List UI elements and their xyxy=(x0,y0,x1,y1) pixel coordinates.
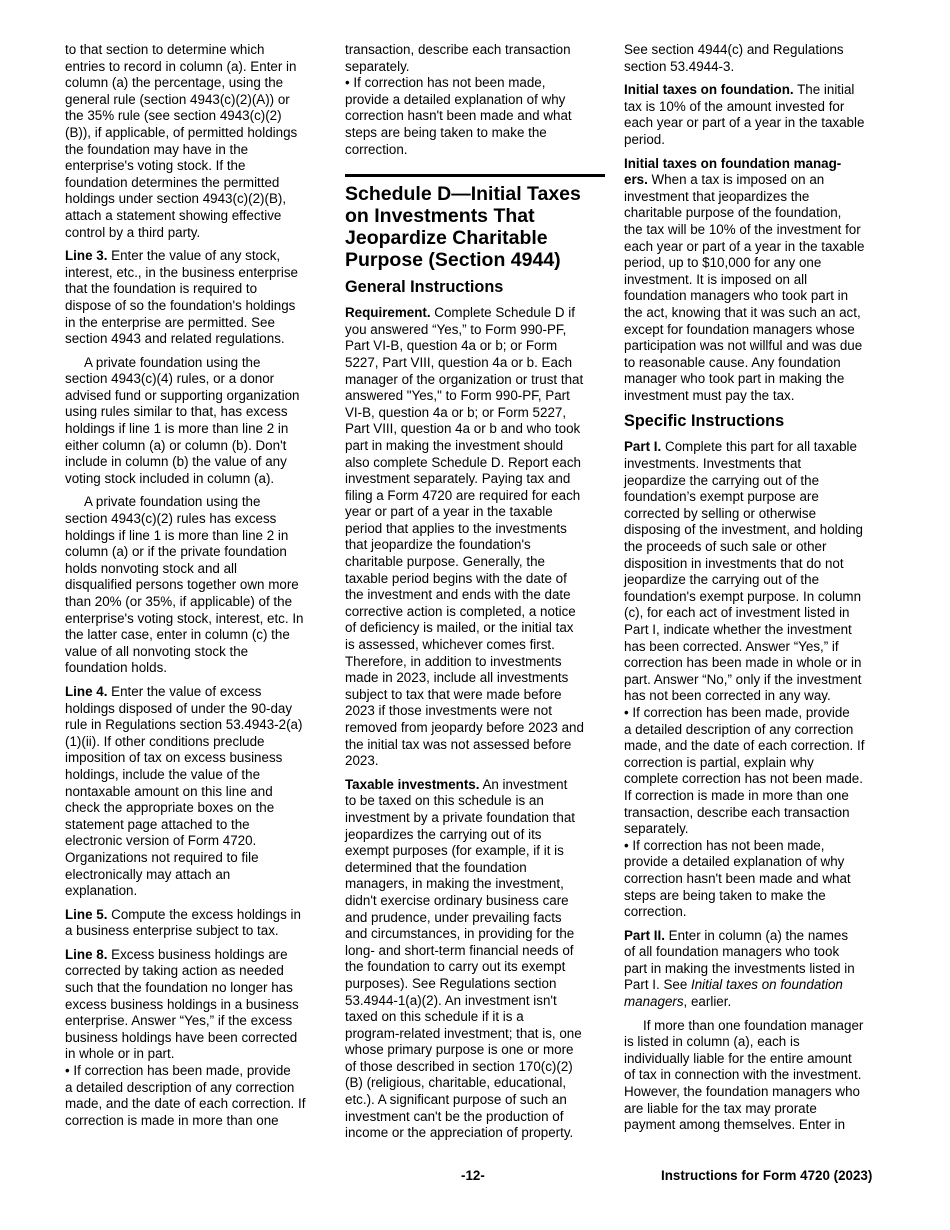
text-line: you answered “Yes,” to Form 990-PF, xyxy=(345,322,607,339)
text-line: corrective action is completed, a notice xyxy=(345,604,607,621)
text-line: rule in Regulations section 53.4943-2(a) xyxy=(65,717,337,734)
text-line: investment can't be the production of xyxy=(345,1109,607,1126)
text-line: Jeopardize Charitable xyxy=(345,227,607,249)
text-line: whose primary purpose is one or more xyxy=(345,1042,607,1059)
text-line: value of all nonvoting stock the xyxy=(65,644,337,661)
text-line: Schedule D—Initial Taxes xyxy=(345,183,607,205)
text-line: such that the foundation no longer has xyxy=(65,980,337,997)
text-line: of those described in section 170(c)(2) xyxy=(345,1059,607,1076)
text-line: A private foundation using the xyxy=(65,355,337,372)
text-line: period, up to $10,000 for any one xyxy=(624,255,890,272)
paragraph-4943c4-rules: A private foundation using thesection 49… xyxy=(65,355,337,488)
text-line: Part VI-B, question 4a or b; or Form xyxy=(345,338,607,355)
text-line: disposing of the investment, and holding xyxy=(624,522,890,539)
text-line: part. Answer “No,” only if the investmen… xyxy=(624,672,890,689)
text-line: charitable purpose. Generally, the xyxy=(345,554,607,571)
column-2: transaction, describe each transactionse… xyxy=(345,42,607,1149)
text-line: corrected by selling or otherwise xyxy=(624,506,890,523)
text-line: • If correction has been made, provide xyxy=(65,1063,337,1080)
paragraph-see-section-4944c: See section 4944(c) and Regulationssecti… xyxy=(624,42,890,75)
paragraph-line-5: Line 5. Compute the excess holdings in a… xyxy=(65,907,337,940)
text-line: 5227, Part VIII, question 4a or b. Each xyxy=(345,355,607,372)
text-line: foundation managers who took part in xyxy=(624,288,890,305)
text-line: (B)), if applicable, of permitted holdin… xyxy=(65,125,337,142)
text-line: didn't exercise ordinary business care xyxy=(345,893,607,910)
text-line: is listed in column (a), each is xyxy=(624,1034,890,1051)
text-line: the tax will be 10% of the investment fo… xyxy=(624,222,890,239)
text-line: each year or part of a year in the taxab… xyxy=(624,115,890,132)
text-line: period that applies to the investments xyxy=(345,521,607,538)
text-line: year or part of a year in the taxable xyxy=(345,504,607,521)
text-line: that jeopardize the foundation's xyxy=(345,537,607,554)
line-5-label: Line 5. xyxy=(65,907,107,922)
text-line: correction is made in more than one xyxy=(65,1113,337,1130)
text-line: Therefore, in addition to investments xyxy=(345,654,607,671)
text-line: subject to tax that were made before xyxy=(345,687,607,704)
text-line: has not been corrected in any way. xyxy=(624,688,890,705)
text-line: investment separately. Paying tax and xyxy=(345,471,607,488)
text-line: removed from jeopardy before 2023 and xyxy=(345,720,607,737)
text-line: correction. xyxy=(624,904,890,921)
text-line: A private foundation using the xyxy=(65,494,337,511)
paragraph-initial-taxes-managers: Initial taxes on foundation manag- ers. … xyxy=(624,156,890,405)
column-1: to that section to determine whichentrie… xyxy=(65,42,337,1136)
text-line: Purpose (Section 4944) xyxy=(345,249,607,271)
paragraph-4943c2-rules: A private foundation using thesection 49… xyxy=(65,494,337,677)
text-line: foundation's exempt purpose. In column xyxy=(624,589,890,606)
text-line: include in column (b) the value of any xyxy=(65,454,337,471)
line-3-label: Line 3. xyxy=(65,248,107,263)
text-line: correction. xyxy=(345,142,607,159)
text-line: disqualified persons together own more xyxy=(65,577,337,594)
text-line: Part I, indicate whether the investment xyxy=(624,622,890,639)
text-line: taxable period begins with the date of xyxy=(345,571,607,588)
document-footer-title: Instructions for Form 4720 (2023) xyxy=(661,1168,872,1183)
text-line: the act, knowing that it was such an act… xyxy=(624,305,890,322)
text-line: disposition in investments that do not xyxy=(624,556,890,573)
text-line: However, the foundation managers who xyxy=(624,1084,890,1101)
line-4-label: Line 4. xyxy=(65,684,107,699)
text-line: the proceeds of such sale or other xyxy=(624,539,890,556)
text-line: section 4943(c)(2) rules has excess xyxy=(65,511,337,528)
text-line: answered "Yes," to Form 990-PF, Part xyxy=(345,388,607,405)
text-line: column (a) the percentage, using the xyxy=(65,75,337,92)
text-line: made, and the date of each correction. I… xyxy=(65,1096,337,1113)
text-line: tax is 10% of the amount invested for xyxy=(624,99,890,116)
text-line: If correction is made in more than one xyxy=(624,788,890,805)
text-line: payment among themselves. Enter in xyxy=(624,1117,890,1134)
text-line: • If correction has not been made, xyxy=(345,75,607,92)
text-line: section 53.4944-3. xyxy=(624,59,890,76)
text-line: (1)(ii). If other conditions preclude xyxy=(65,734,337,751)
text-line: (B) (religious, charitable, educational, xyxy=(345,1075,607,1092)
text-line: business holdings have been corrected xyxy=(65,1030,337,1047)
paragraph-column-a-percentage: to that section to determine whichentrie… xyxy=(65,42,337,241)
text-line: the foundation may have in the xyxy=(65,142,337,159)
text-line: has been corrected. Answer “Yes,” if xyxy=(624,639,890,656)
text-line: the initial tax was not assessed before xyxy=(345,737,607,754)
paragraph-part-1: Part I. Complete this part for all taxab… xyxy=(624,439,890,920)
text-line: imposition of tax on excess business xyxy=(65,750,337,767)
text-line: enterprise's voting stock, interest, etc… xyxy=(65,611,337,628)
text-line: each year or part of a year in the taxab… xyxy=(624,239,890,256)
text-line: determined that the foundation xyxy=(345,860,607,877)
text-line: transaction, describe each transaction xyxy=(624,805,890,822)
text-line: enterprise. Answer “Yes,” if the excess xyxy=(65,1013,337,1030)
text-line: voting stock included in column (a). xyxy=(65,471,337,488)
text-line: manager who took part in making the xyxy=(624,371,890,388)
text-line: made, and the date of each correction. I… xyxy=(624,738,890,755)
text-line: advised fund or supporting organization xyxy=(65,388,337,405)
paragraph-multiple-managers: If more than one foundation manageris li… xyxy=(624,1018,890,1134)
text-line: complete correction has not been made. xyxy=(624,771,890,788)
paragraph-correction-continued: transaction, describe each transactionse… xyxy=(345,42,607,158)
requirement-label: Requirement. xyxy=(345,305,431,320)
specific-instructions-heading: Specific Instructions xyxy=(624,411,890,431)
text-line: either column (a) or column (b). Don't xyxy=(65,438,337,455)
text-line: taxed on this schedule if it is a xyxy=(345,1009,607,1026)
paragraph-part-2: Part II. Enter in column (a) the names o… xyxy=(624,928,890,1011)
text-line: attach a statement showing effective xyxy=(65,208,337,225)
text-line: holdings, include the value of the xyxy=(65,767,337,784)
text-line: investments. Investments that xyxy=(624,456,890,473)
text-line: that the foundation is required to xyxy=(65,281,337,298)
text-line: enterprise's voting stock. If the xyxy=(65,158,337,175)
text-line: investment by a private foundation that xyxy=(345,810,607,827)
text-line: explanation. xyxy=(65,883,337,900)
text-line: to be taxed on this schedule is an xyxy=(345,793,607,810)
text-line: holdings if line 1 is more than line 2 i… xyxy=(65,528,337,545)
text-line: statement page attached to the xyxy=(65,817,337,834)
text-line: control by a third party. xyxy=(65,225,337,242)
text-line: separately. xyxy=(345,59,607,76)
text-line: interest, etc., in the business enterpri… xyxy=(65,265,337,282)
text-line: correction is partial, explain why xyxy=(624,755,890,772)
text-line: individually liable for the entire amoun… xyxy=(624,1051,890,1068)
text-line: made in 2023, include all investments xyxy=(345,670,607,687)
text-line: also complete Schedule D. Report each xyxy=(345,455,607,472)
text-line: investment must pay the tax. xyxy=(624,388,890,405)
text-line: a detailed description of any correction xyxy=(624,722,890,739)
paragraph-line-4: Line 4. Enter the value of excess holdin… xyxy=(65,684,337,900)
text-line: steps are being taken to make the xyxy=(345,125,607,142)
text-line: charitable purpose of the foundation, xyxy=(624,205,890,222)
text-line: jeopardize the carrying out of the xyxy=(624,572,890,589)
text-line: nontaxable amount on this line and xyxy=(65,784,337,801)
text-line: foundation determines the permitted xyxy=(65,175,337,192)
text-line: • If correction has not been made, xyxy=(624,838,890,855)
text-line: jeopardizes the carrying out of its xyxy=(345,827,607,844)
text-line: general rule (section 4943(c)(2)(A)) or xyxy=(65,92,337,109)
text-line: section 4943(c)(4) rules, or a donor xyxy=(65,371,337,388)
text-line: check the appropriate boxes on the xyxy=(65,800,337,817)
text-line: holdings under section 4943(c)(2)(B), xyxy=(65,191,337,208)
text-line: and circumstances, in providing for the xyxy=(345,926,607,943)
text-line: entries to record in column (a). Enter i… xyxy=(65,59,337,76)
paragraph-line-8: Line 8. Excess business holdings are cor… xyxy=(65,947,337,1130)
text-line: provide a detailed explanation of why xyxy=(624,854,890,871)
text-line: to that section to determine which xyxy=(65,42,337,59)
text-line: provide a detailed explanation of why xyxy=(345,92,607,109)
taxable-investments-label: Taxable investments. xyxy=(345,777,479,792)
text-line: the foundation to carry out its exempt xyxy=(345,959,607,976)
text-line: than 20% (or 35%, if applicable) of the xyxy=(65,594,337,611)
text-line: to reasonable cause. Any foundation xyxy=(624,355,890,372)
text-line: purposes). See Regulations section xyxy=(345,976,607,993)
text-line: is assessed, whichever comes first. xyxy=(345,637,607,654)
line-8-label: Line 8. xyxy=(65,947,107,962)
text-line: transaction, describe each transaction xyxy=(345,42,607,59)
text-line: correction hasn't been made and what xyxy=(624,871,890,888)
text-line: the latter case, enter in column (c) the xyxy=(65,627,337,644)
text-line: separately. xyxy=(624,821,890,838)
text-line: holdings disposed of under the 90-day xyxy=(65,701,337,718)
text-line: correction hasn't been made and what xyxy=(345,108,607,125)
text-line: in whole or in part. xyxy=(65,1046,337,1063)
text-line: jeopardize the carrying out of the xyxy=(624,473,890,490)
text-line: manager of the organization or trust tha… xyxy=(345,372,607,389)
text-line: investment that jeopardizes the xyxy=(624,189,890,206)
text-line: in the enterprise are permitted. See xyxy=(65,315,337,332)
paragraph-requirement: Requirement. Complete Schedule D if you … xyxy=(345,305,607,770)
text-line: holds nonvoting stock and all xyxy=(65,561,337,578)
text-line: excess business holdings in a business xyxy=(65,997,337,1014)
text-line: a business enterprise subject to tax. xyxy=(65,923,337,940)
part-2-label: Part II. xyxy=(624,928,665,943)
paragraph-initial-taxes-foundation: Initial taxes on foundation. The initial… xyxy=(624,82,890,148)
text-line: the investment and ends with the date xyxy=(345,587,607,604)
text-line: using rules similar to that, has excess xyxy=(65,404,337,421)
text-line: filing a Form 4720 are required for each xyxy=(345,488,607,505)
text-line: except for foundation managers whose xyxy=(624,322,890,339)
text-line: section 4943 and related regulations. xyxy=(65,331,337,348)
text-line: etc.). A significant purpose of such an xyxy=(345,1092,607,1109)
text-line: program-related investment; that is, one xyxy=(345,1026,607,1043)
text-line: 53.4944-1(a)(2). An investment isn't xyxy=(345,993,607,1010)
text-line: If more than one foundation manager xyxy=(624,1018,890,1035)
text-line: holdings if line 1 is more than line 2 i… xyxy=(65,421,337,438)
text-line: column (a) or if the private foundation xyxy=(65,544,337,561)
text-line: the 35% rule (see section 4943(c)(2) xyxy=(65,108,337,125)
text-line: long- and short-term financial needs of xyxy=(345,943,607,960)
text-line: VI-B, question 4a or b; or Form 5227, xyxy=(345,405,607,422)
paragraph-line-3: Line 3. Enter the value of any stock, in… xyxy=(65,248,337,348)
text-line: and prudence, under prevailing facts xyxy=(345,910,607,927)
text-line: See section 4944(c) and Regulations xyxy=(624,42,890,59)
text-line: 2023. xyxy=(345,753,607,770)
text-line: a detailed description of any correction xyxy=(65,1080,337,1097)
text-line: income or the appreciation of property. xyxy=(345,1125,607,1142)
page-number: -12- xyxy=(461,1168,485,1183)
text-line: foundation holds. xyxy=(65,660,337,677)
text-line: participation was not willful and was du… xyxy=(624,338,890,355)
part-1-label: Part I. xyxy=(624,439,661,454)
text-line: electronic version of Form 4720. xyxy=(65,833,337,850)
cross-reference-italic: Initial taxes on foundation xyxy=(691,977,843,992)
text-line: corrected by taking action as needed xyxy=(65,963,337,980)
text-line: foundation’s exempt purpose are xyxy=(624,489,890,506)
text-line: correction has been made in whole or in xyxy=(624,655,890,672)
column-3: See section 4944(c) and Regulationssecti… xyxy=(624,42,890,1141)
text-line: dispose of so the foundation's holdings xyxy=(65,298,337,315)
text-line: electronically may attach an xyxy=(65,867,337,884)
text-line: investment. It is imposed on all xyxy=(624,272,890,289)
text-line: exempt purposes (for example, if it is xyxy=(345,843,607,860)
text-line: steps are being taken to make the xyxy=(624,888,890,905)
text-line: on Investments That xyxy=(345,205,607,227)
general-instructions-heading: General Instructions xyxy=(345,277,607,297)
initial-taxes-managers-label: Initial taxes on foundation manag- xyxy=(624,156,890,173)
text-line: of tax in connection with the investment… xyxy=(624,1067,890,1084)
text-line: part in making the investment should xyxy=(345,438,607,455)
paragraph-taxable-investments: Taxable investments. An investment to be… xyxy=(345,777,607,1142)
text-line: are liable for the tax may prorate xyxy=(624,1101,890,1118)
text-line: managers, in making the investment, xyxy=(345,876,607,893)
section-divider-rule xyxy=(345,174,605,177)
initial-taxes-foundation-label: Initial taxes on foundation. xyxy=(624,82,794,97)
text-line: 2023 if those investments were not xyxy=(345,703,607,720)
text-line: (c), for each act of investment listed i… xyxy=(624,605,890,622)
text-line: Part VIII, question 4a or b and who took xyxy=(345,421,607,438)
text-line: Organizations not required to file xyxy=(65,850,337,867)
schedule-d-heading: Schedule D—Initial Taxeson Investments T… xyxy=(345,183,607,271)
text-line: period. xyxy=(624,132,890,149)
text-line: of deficiency is mailed, or the initial … xyxy=(345,620,607,637)
text-line: • If correction has been made, provide xyxy=(624,705,890,722)
